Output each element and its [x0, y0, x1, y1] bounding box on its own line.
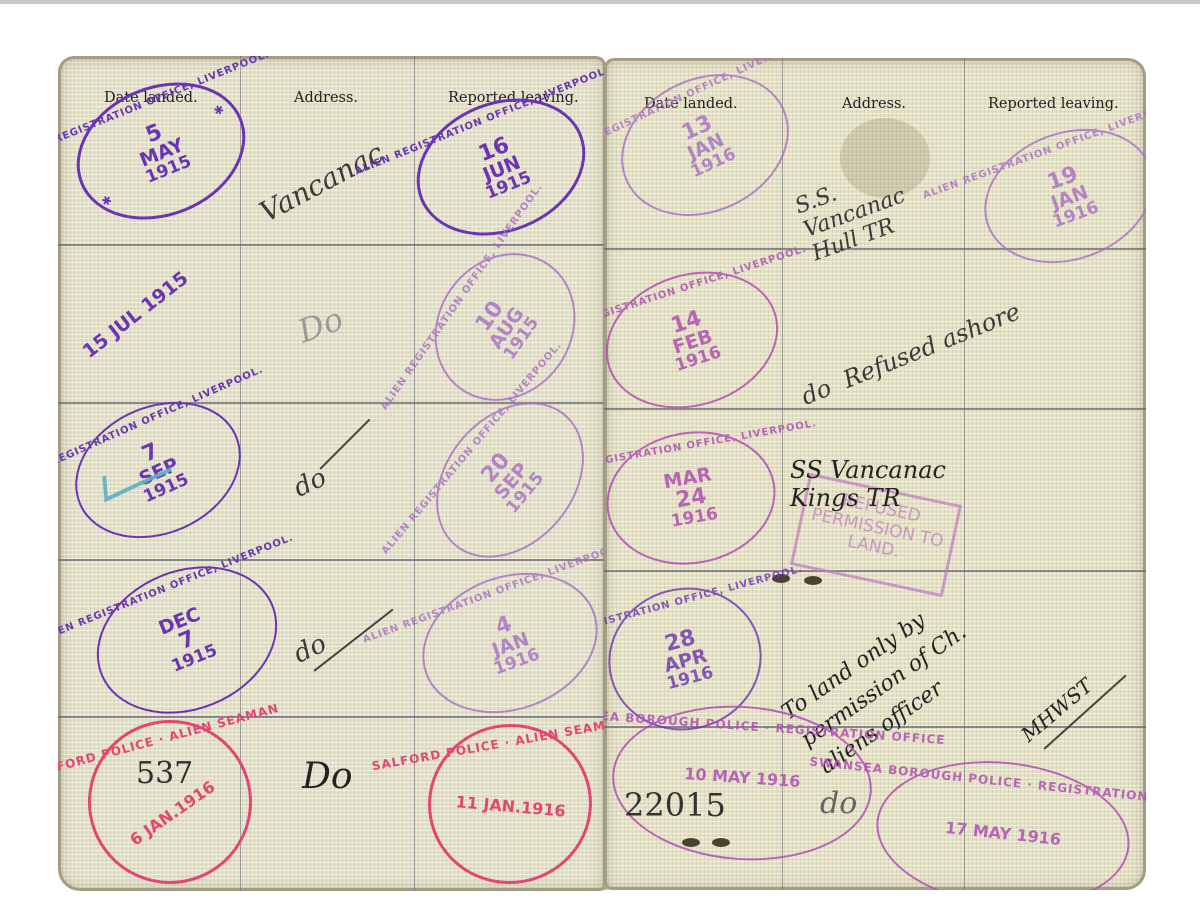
star-icon: ✱ [212, 103, 226, 118]
punch-hole [712, 838, 730, 847]
row-divider [58, 716, 606, 718]
handwritten-address: do [820, 786, 857, 821]
punch-hole [682, 838, 700, 847]
stamp-date: 11 JAN.1916 [455, 794, 566, 820]
punch-hole [804, 576, 822, 585]
left-page: Date landed. Address. Reported leaving. … [58, 56, 606, 891]
row-divider [58, 559, 606, 561]
stamp-year: 1916 [670, 506, 720, 531]
scan-border [0, 0, 1200, 4]
right-page: Date landed. Address. Reported leaving. … [604, 58, 1146, 890]
handwritten-address: Do [302, 756, 353, 797]
stamp-year: 1915 [170, 642, 220, 675]
handwritten-number: 537 [136, 756, 193, 791]
stamp-date: 17 MAY 1916 [944, 820, 1061, 848]
row-divider [58, 244, 606, 246]
handwritten-number: 22015 [624, 786, 726, 824]
column-header-reported-leaving: Reported leaving. [988, 96, 1119, 112]
column-header-address: Address. [842, 96, 906, 112]
handwritten-address: SS Vancanac Kings TR [790, 456, 960, 512]
column-header-address: Address. [294, 90, 358, 106]
star-icon: ✱ [100, 193, 114, 208]
